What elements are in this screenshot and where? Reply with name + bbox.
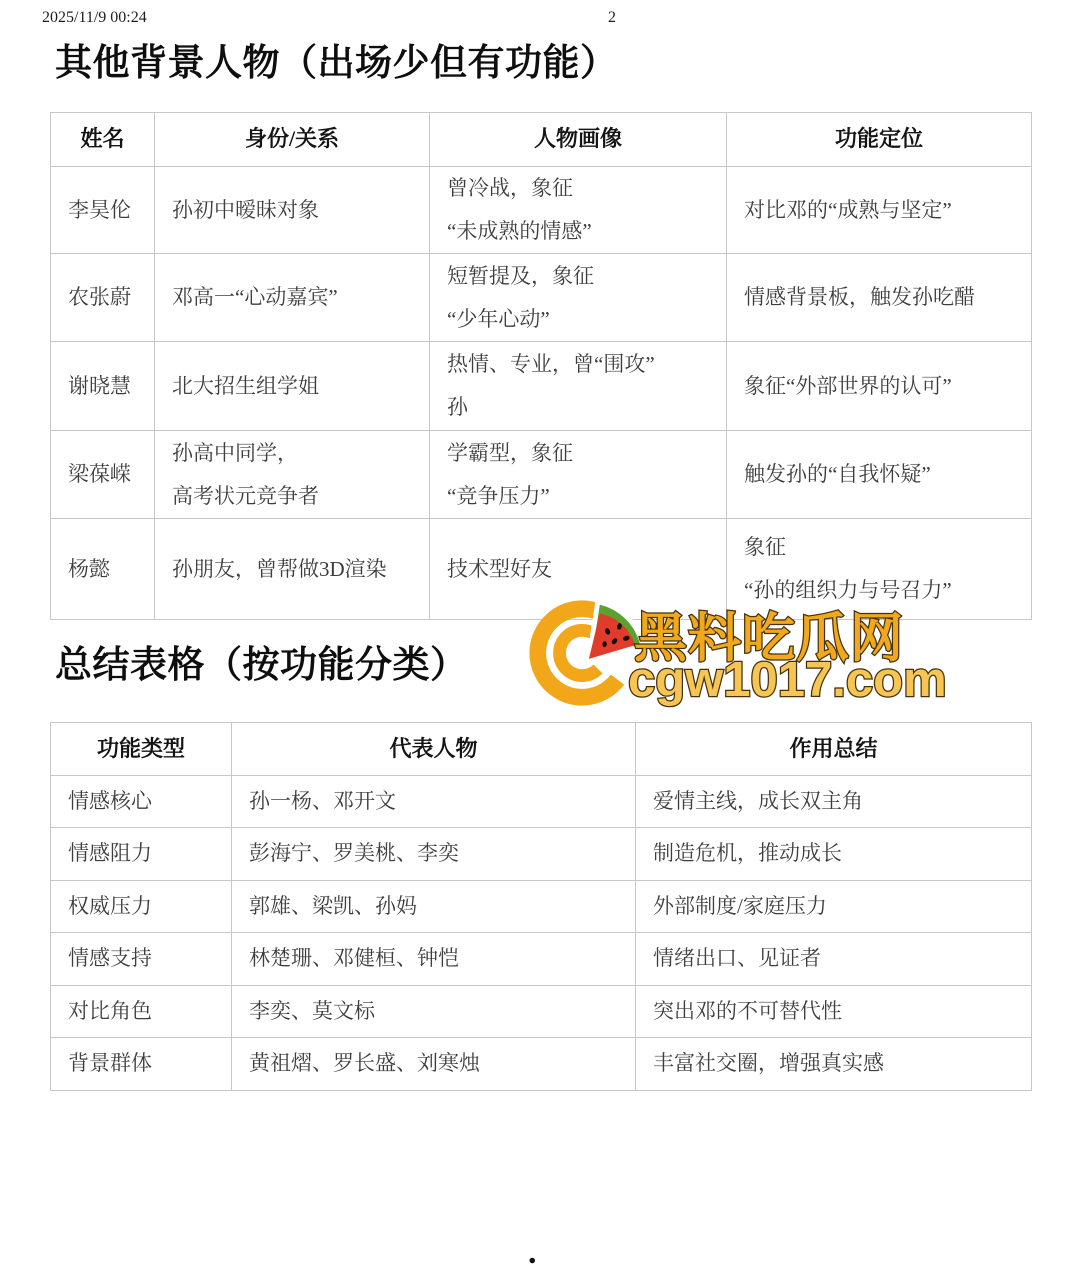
table-cell: 象征“外部世界的认可” bbox=[727, 342, 1032, 431]
column-header: 作用总结 bbox=[636, 723, 1032, 776]
table-cell: 情感阻力 bbox=[51, 828, 232, 881]
table-row: 情感核心 孙一杨、邓开文 爱情主线，成长双主角 bbox=[51, 776, 1032, 828]
header-row: 姓名 身份/关系 人物画像 功能定位 bbox=[51, 113, 1032, 167]
table-cell: 郭雄、梁凯、孙妈 bbox=[232, 881, 636, 933]
timestamp: 2025/11/9 00:24 bbox=[42, 9, 147, 27]
column-header: 功能类型 bbox=[51, 723, 232, 776]
table-cell: 梁葆嵘 bbox=[51, 431, 155, 519]
table-row: 对比角色 李奕、莫文标 突出邓的不可替代性 bbox=[51, 986, 1032, 1038]
column-header: 姓名 bbox=[51, 113, 155, 167]
table-cell: 谢晓慧 bbox=[51, 342, 155, 431]
table-cell: 黄祖熠、罗长盛、刘寒烛 bbox=[232, 1038, 636, 1091]
table-cell: 邓高一“心动嘉宾” bbox=[155, 254, 430, 342]
table-cell: 外部制度/家庭压力 bbox=[636, 881, 1032, 933]
table-cell: 彭海宁、罗美桃、李奕 bbox=[232, 828, 636, 881]
table-cell: 制造危机，推动成长 bbox=[636, 828, 1032, 881]
table-cell: 杨懿 bbox=[51, 519, 155, 620]
table-row: 农张蔚 邓高一“心动嘉宾” 短暂提及，象征 “少年心动” 情感背景板，触发孙吃醋 bbox=[51, 254, 1032, 342]
table-cell: 触发孙的“自我怀疑” bbox=[727, 431, 1032, 519]
table-cell: 曾冷战，象征 “未成熟的情感” bbox=[430, 167, 727, 254]
bottom-dot: . bbox=[528, 1236, 537, 1270]
column-header: 身份/关系 bbox=[155, 113, 430, 167]
table-cell: 孙高中同学， 高考状元竞争者 bbox=[155, 431, 430, 519]
summary-table: 功能类型 代表人物 作用总结 情感核心 孙一杨、邓开文 爱情主线，成长双主角 情… bbox=[50, 722, 1032, 1091]
watermelon-logo-icon bbox=[526, 594, 644, 712]
table-cell: 对比邓的“成熟与坚定” bbox=[727, 167, 1032, 254]
table-cell: 权威压力 bbox=[51, 881, 232, 933]
table-row: 权威压力 郭雄、梁凯、孙妈 外部制度/家庭压力 bbox=[51, 881, 1032, 933]
table-cell: 李奕、莫文标 bbox=[232, 986, 636, 1038]
table-cell: 孙初中暧昧对象 bbox=[155, 167, 430, 254]
column-header: 功能定位 bbox=[727, 113, 1032, 167]
table-cell: 背景群体 bbox=[51, 1038, 232, 1091]
column-header: 人物画像 bbox=[430, 113, 727, 167]
background-characters-table: 姓名 身份/关系 人物画像 功能定位 李昊伦 孙初中暧昧对象 曾冷战，象征 “未… bbox=[50, 112, 1032, 620]
table-cell: 李昊伦 bbox=[51, 167, 155, 254]
section1-title: 其他背景人物（出场少但有功能） bbox=[55, 32, 618, 86]
table-cell: 情感支持 bbox=[51, 933, 232, 986]
table-row: 情感阻力 彭海宁、罗美桃、李奕 制造危机，推动成长 bbox=[51, 828, 1032, 881]
table-row: 李昊伦 孙初中暧昧对象 曾冷战，象征 “未成熟的情感” 对比邓的“成熟与坚定” bbox=[51, 167, 1032, 254]
table-cell: 情感核心 bbox=[51, 776, 232, 828]
table-row: 梁葆嵘 孙高中同学， 高考状元竞争者 学霸型，象征 “竞争压力” 触发孙的“自我… bbox=[51, 431, 1032, 519]
table-cell: 孙一杨、邓开文 bbox=[232, 776, 636, 828]
table-cell: 北大招生组学姐 bbox=[155, 342, 430, 431]
table-row: 背景群体 黄祖熠、罗长盛、刘寒烛 丰富社交圈，增强真实感 bbox=[51, 1038, 1032, 1091]
table-cell: 丰富社交圈，增强真实感 bbox=[636, 1038, 1032, 1091]
watermark-site-url: cgw1017.com bbox=[628, 652, 947, 708]
table-cell: 爱情主线，成长双主角 bbox=[636, 776, 1032, 828]
table-cell: 突出邓的不可替代性 bbox=[636, 986, 1032, 1038]
section2-title: 总结表格（按功能分类） bbox=[55, 634, 468, 688]
table-cell: 情感背景板，触发孙吃醋 bbox=[727, 254, 1032, 342]
table-cell: 林楚珊、邓健桓、钟恺 bbox=[232, 933, 636, 986]
table-cell: 对比角色 bbox=[51, 986, 232, 1038]
table-cell: 农张蔚 bbox=[51, 254, 155, 342]
column-header: 代表人物 bbox=[232, 723, 636, 776]
table-cell: 热情、专业，曾“围攻” 孙 bbox=[430, 342, 727, 431]
table-row: 谢晓慧 北大招生组学姐 热情、专业，曾“围攻” 孙 象征“外部世界的认可” bbox=[51, 342, 1032, 431]
page-number: 2 bbox=[608, 9, 616, 27]
header-row: 功能类型 代表人物 作用总结 bbox=[51, 723, 1032, 776]
table-cell: 孙朋友，曾帮做3D渲染 bbox=[155, 519, 430, 620]
table-cell: 学霸型，象征 “竞争压力” bbox=[430, 431, 727, 519]
table-cell: 短暂提及，象征 “少年心动” bbox=[430, 254, 727, 342]
table-cell: 情绪出口、见证者 bbox=[636, 933, 1032, 986]
table-row: 情感支持 林楚珊、邓健桓、钟恺 情绪出口、见证者 bbox=[51, 933, 1032, 986]
